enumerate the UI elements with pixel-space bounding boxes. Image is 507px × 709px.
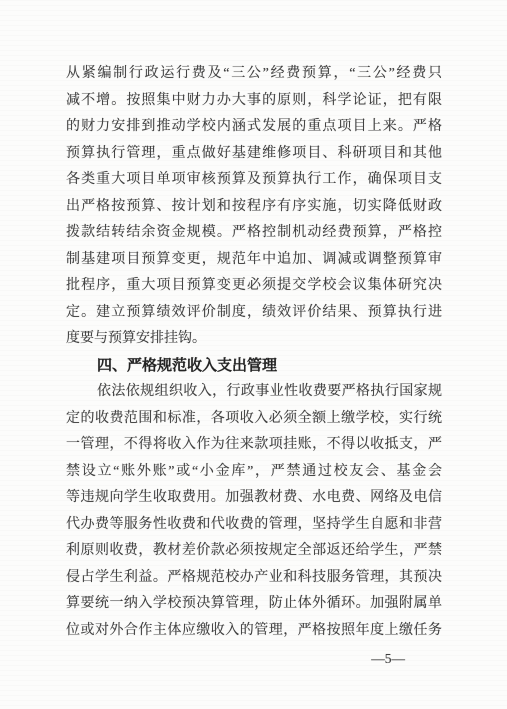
text-line: 定的收费范围和标准，各项收入必须全额上缴学校，实行统: [66, 406, 442, 433]
text-line: 位或对外合作主体应缴收入的管理，严格按照年度上缴任务: [66, 618, 442, 645]
paragraph-2: 依法依规组织收入，行政事业性收费要严格执行国家规定的收费范围和标准，各项收入必须…: [66, 379, 442, 644]
text-line: 定。建立预算绩效评价制度，绩效评价结果、预算执行进: [66, 300, 442, 327]
text-line: 批程序，重大项目预算变更必须提交学校会议集体研究决: [66, 273, 442, 300]
text-line: 度要与预算安排挂钩。: [66, 326, 442, 353]
text-line: 代办费等服务性收费和代收费的管理，坚持学生自愿和非营: [66, 512, 442, 539]
text-line: 制基建项目预算变更，规范年中追加、调减或调整预算审: [66, 247, 442, 274]
text-line: 利原则收费，教材差价款必须按规定全部返还给学生，严禁: [66, 538, 442, 565]
text-line: 拨款结转结余资金规模。严格控制机动经费预算，严格控: [66, 220, 442, 247]
document-body: 从紧编制行政运行费及“三公”经费预算，“三公”经费只减不增。按照集中财力办大事的…: [66, 61, 442, 673]
text-line: 减不增。按照集中财力办大事的原则，科学论证，把有限: [66, 88, 442, 115]
page-number: —5—: [66, 646, 442, 673]
text-line: 的财力安排到推动学校内涵式发展的重点项目上来。严格: [66, 114, 442, 141]
text-line: 等违规向学生收取费用。加强教材费、水电费、网络及电信: [66, 485, 442, 512]
text-line: 一管理，不得将收入作为往来款项挂账，不得以收抵支，严: [66, 432, 442, 459]
text-line: 预算执行管理，重点做好基建维修项目、科研项目和其他: [66, 141, 442, 168]
document-page: 从紧编制行政运行费及“三公”经费预算，“三公”经费只减不增。按照集中财力办大事的…: [0, 0, 507, 709]
text-line: 侵占学生利益。严格规范校办产业和科技服务管理，其预决: [66, 565, 442, 592]
text-line: 各类重大项目单项审核预算及预算执行工作，确保项目支: [66, 167, 442, 194]
text-line: 出严格按预算、按计划和按程序有序实施，切实降低财政: [66, 194, 442, 221]
section-heading-4: 四、严格规范收入支出管理: [66, 353, 442, 380]
text-line: 从紧编制行政运行费及“三公”经费预算，“三公”经费只: [66, 61, 442, 88]
text-line: 禁设立“账外账”或“小金库”，严禁通过校友会、基金会: [66, 459, 442, 486]
paragraph-1: 从紧编制行政运行费及“三公”经费预算，“三公”经费只减不增。按照集中财力办大事的…: [66, 61, 442, 353]
text-line: 依法依规组织收入，行政事业性收费要严格执行国家规: [66, 379, 442, 406]
text-line: 算要统一纳入学校预决算管理，防止体外循环。加强附属单: [66, 591, 442, 618]
